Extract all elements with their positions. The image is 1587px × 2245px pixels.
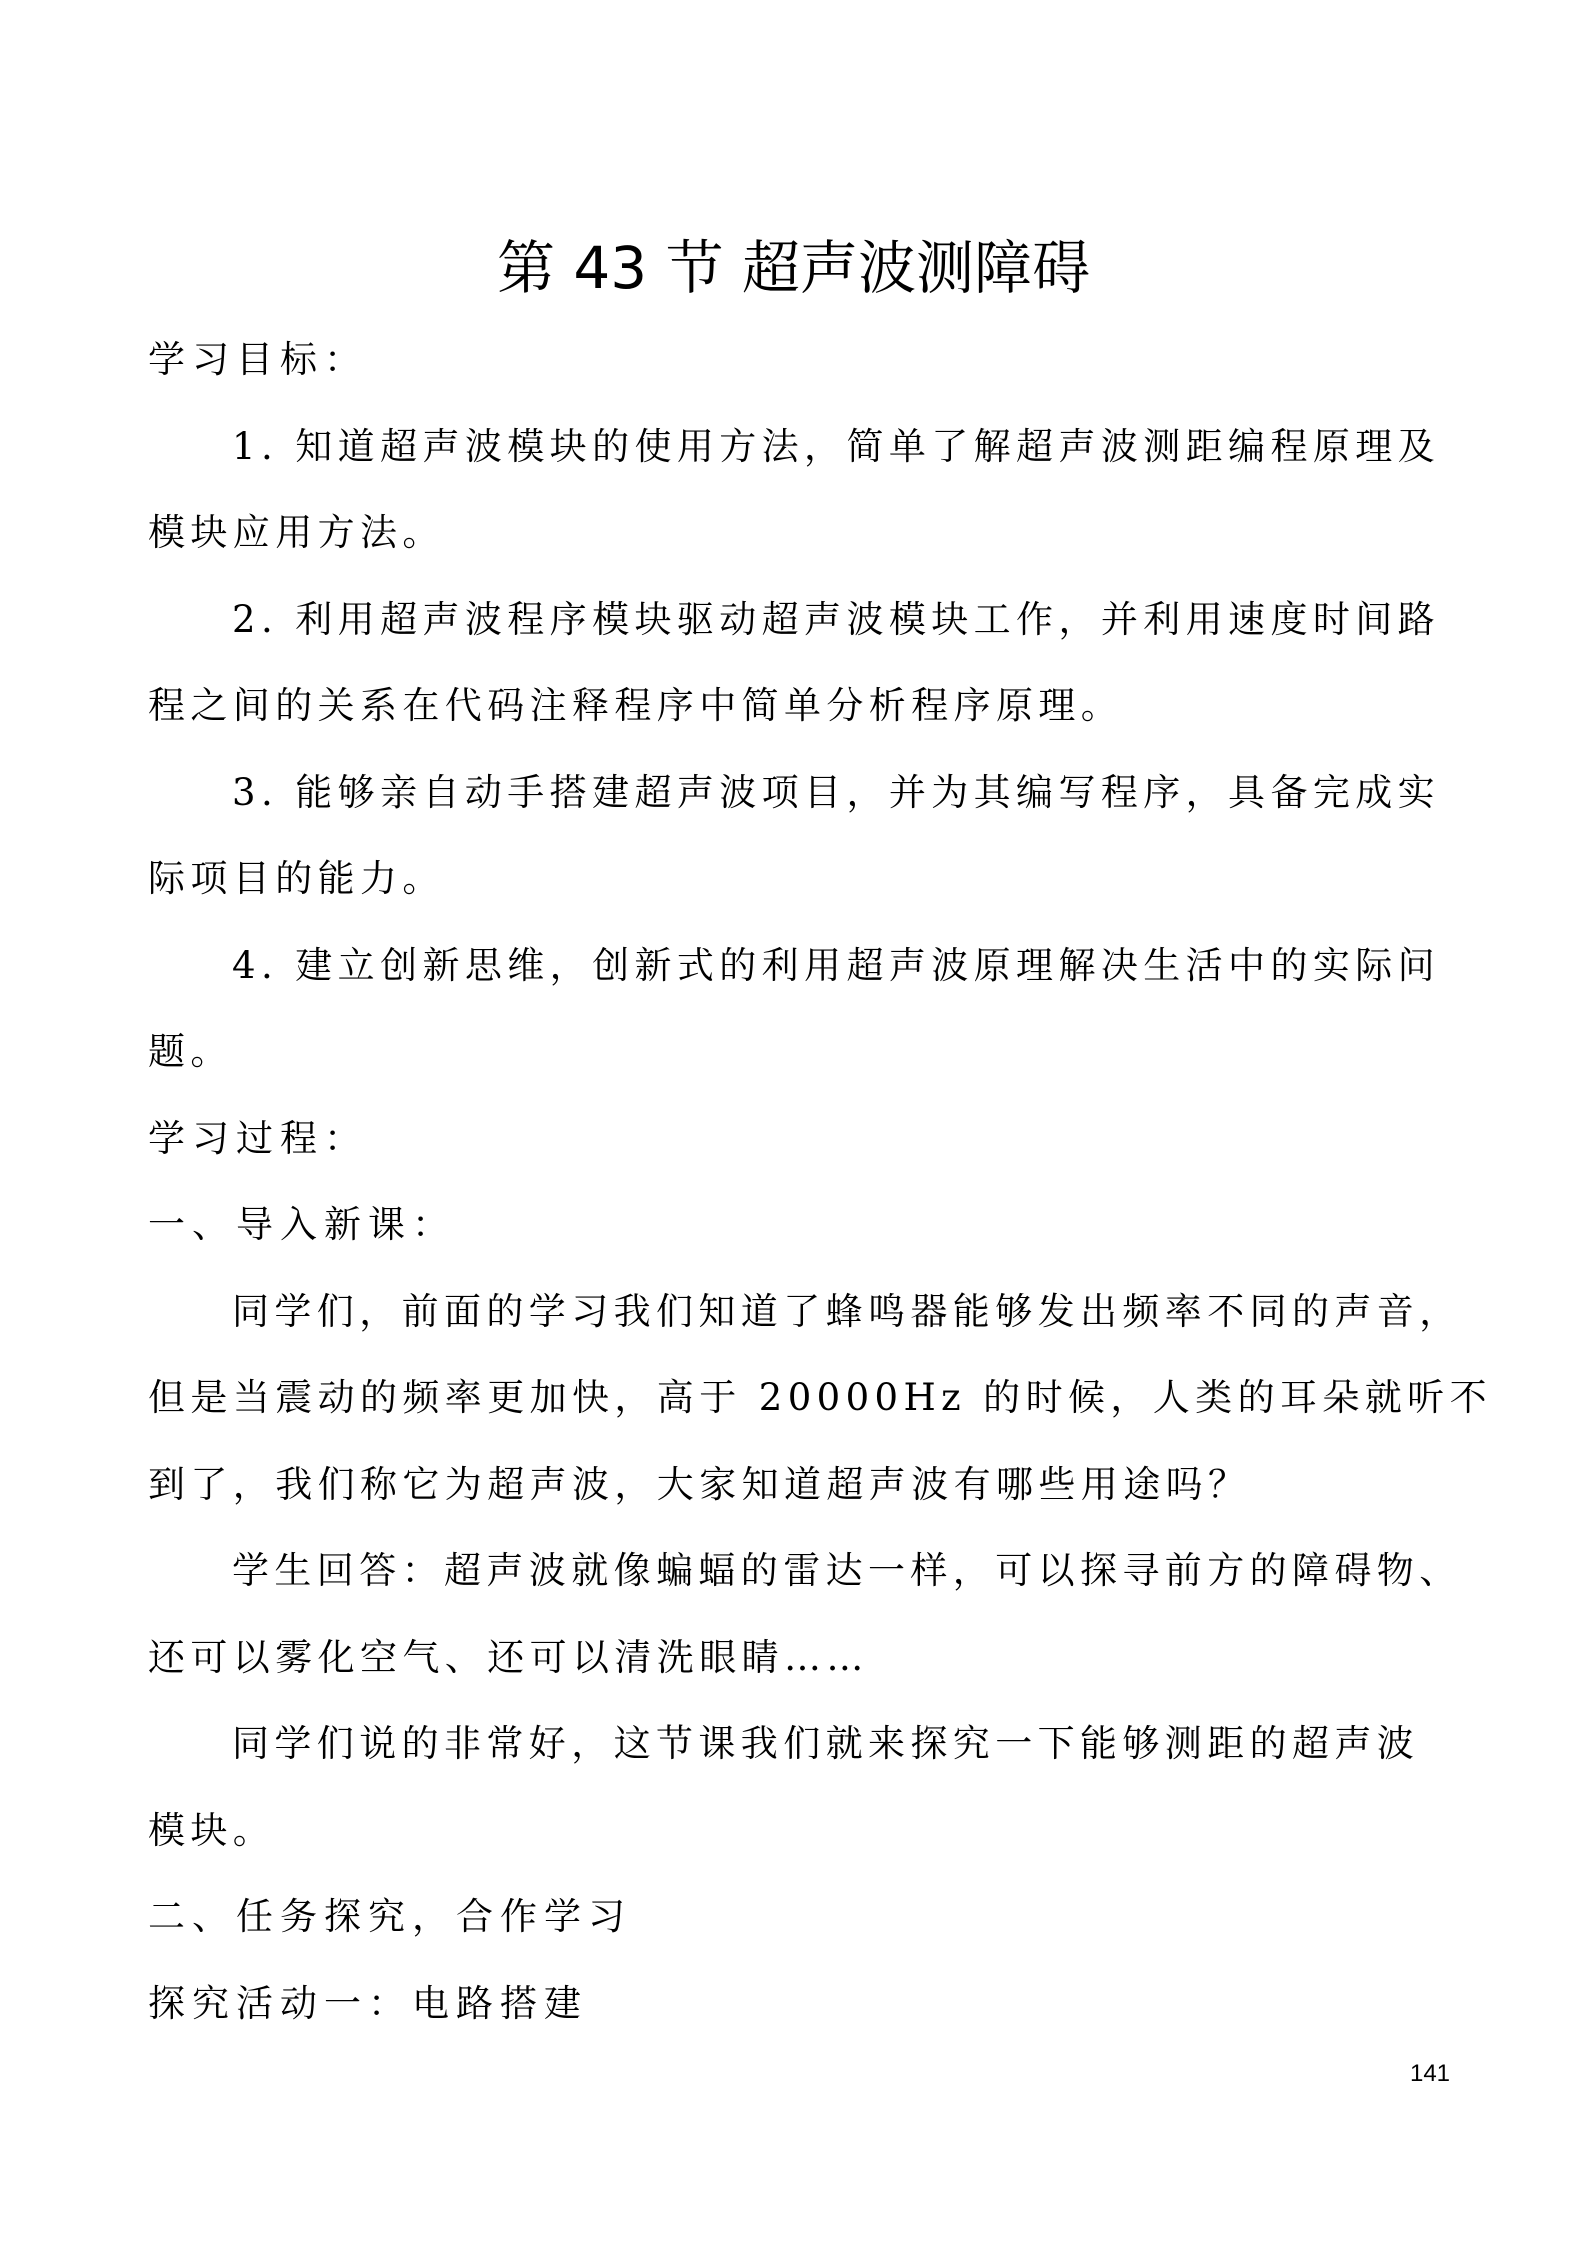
activity-heading-circuit-build: 探究活动一：电路搭建 [148,1961,1448,2048]
goal-1-line-1: 1. 知道超声波模块的使用方法，简单了解超声波测距编程原理及 [148,404,1448,491]
goal-4-line-1: 4. 建立创新思维，创新式的利用超声波原理解决生活中的实际问 [148,923,1448,1010]
teacher-reply-line-1: 同学们说的非常好，这节课我们就来探究一下能够测距的超声波 [148,1701,1448,1788]
goal-2-line-1: 2. 利用超声波程序模块驱动超声波模块工作，并利用速度时间路 [148,577,1448,664]
subsection-heading-task-exploration: 二、任务探究，合作学习 [148,1874,1448,1961]
goal-4-line-2: 题。 [148,1009,1448,1096]
intro-paragraph-line-3: 到了，我们称它为超声波，大家知道超声波有哪些用途吗？ [148,1442,1448,1529]
page-number: 141 [1400,2060,1460,2088]
intro-paragraph-line-1: 同学们，前面的学习我们知道了蜂鸣器能够发出频率不同的声音， [148,1269,1448,1356]
section-heading-learning-process: 学习过程： [148,1096,1448,1183]
goal-2-line-2: 程之间的关系在代码注释程序中简单分析程序原理。 [148,663,1448,750]
document-page: 第 43 节 超声波测障碍 学习目标： 1. 知道超声波模块的使用方法，简单了解… [0,0,1587,2245]
goal-3-line-2: 际项目的能力。 [148,836,1448,923]
page-title: 第 43 节 超声波测障碍 [0,228,1587,308]
goal-1-line-2: 模块应用方法。 [148,490,1448,577]
student-answer-line-2: 还可以雾化空气、还可以清洗眼睛…… [148,1615,1448,1702]
teacher-reply-line-2: 模块。 [148,1788,1448,1875]
section-heading-learning-goals: 学习目标： [148,317,1448,404]
subsection-heading-intro: 一、导入新课： [148,1182,1448,1269]
goal-3-line-1: 3. 能够亲自动手搭建超声波项目，并为其编写程序，具备完成实 [148,750,1448,837]
intro-paragraph-line-2: 但是当震动的频率更加快，高于 20000Hz 的时候，人类的耳朵就听不 [148,1355,1448,1442]
student-answer-line-1: 学生回答：超声波就像蝙蝠的雷达一样，可以探寻前方的障碍物、 [148,1528,1448,1615]
document-body: 学习目标： 1. 知道超声波模块的使用方法，简单了解超声波测距编程原理及 模块应… [148,317,1448,2047]
